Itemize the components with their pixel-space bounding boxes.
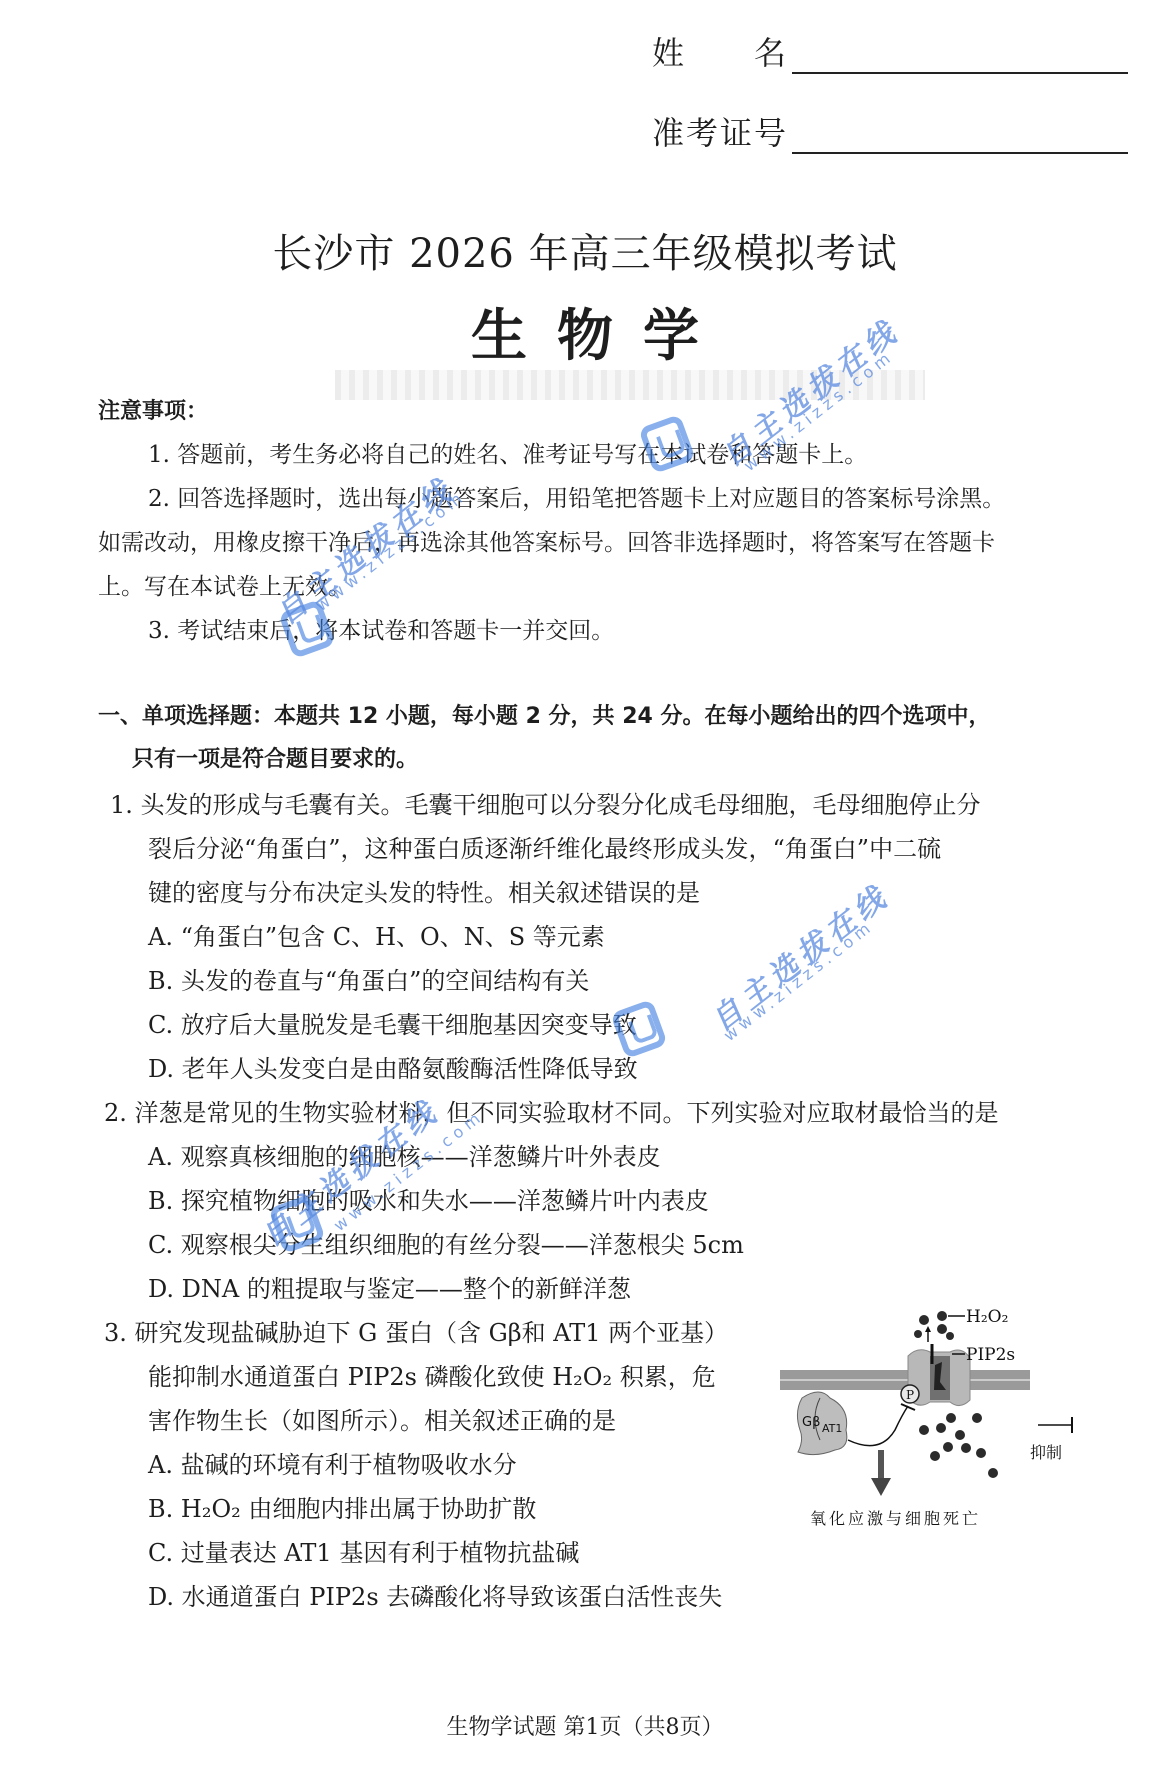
- q1-option-c: C. 放疗后大量脱发是毛囊干细胞基因突变导致: [148, 1010, 637, 1040]
- q1-stem-line3: 键的密度与分布决定头发的特性。相关叙述错误的是: [148, 878, 700, 908]
- name-label: 姓 名: [652, 28, 788, 74]
- gbeta-label: Gβ: [802, 1415, 820, 1430]
- inhibit-legend-label: 抑制: [1030, 1443, 1062, 1462]
- q3-stem-line3: 害作物生长（如图所示）。相关叙述正确的是: [148, 1406, 616, 1436]
- section1-heading: 一、单项选择题：本题共 12 小题，每小题 2 分，共 24 分。在每小题给出的…: [98, 702, 991, 732]
- q1-stem-line2: 裂后分泌“角蛋白”，这种蛋白质逐渐纤维化最终形成头发，“角蛋白”中二硫: [148, 834, 941, 864]
- q2-option-b: B. 探究植物细胞的吸水和失水——洋葱鳞片叶内表皮: [148, 1186, 709, 1216]
- notice-item-3: 3. 考试结束后，将本试卷和答题卡一并交回。: [148, 616, 614, 646]
- q1-option-b: B. 头发的卷直与“角蛋白”的空间结构有关: [148, 966, 589, 996]
- exam-title: 长沙市 2026 年高三年级模拟考试: [0, 222, 1170, 279]
- svg-text:P: P: [906, 1388, 914, 1402]
- notice-item-2: 2. 回答选择题时，选出每小题答案后，用铅笔把答题卡上对应题目的答案标号涂黑。: [148, 484, 1005, 514]
- q1-option-d: D. 老年人头发变白是由酪氨酸酶活性降低导致: [148, 1054, 638, 1084]
- q3-option-c: C. 过量表达 AT1 基因有利于植物抗盐碱: [148, 1538, 579, 1568]
- q3-stem-line1: 3. 研究发现盐碱胁迫下 G 蛋白（含 Gβ和 AT1 两个亚基）: [104, 1318, 728, 1348]
- watermark-text: 自主选拔在线: [700, 872, 897, 1040]
- exam-id-label: 准考证号: [652, 108, 788, 154]
- watermark-logo-icon: [610, 999, 668, 1059]
- at1-label: AT1: [822, 1422, 842, 1435]
- page-footer: 生物学试题 第1页（共8页）: [0, 1710, 1170, 1741]
- outcome-label: 氧化应激与细胞死亡: [810, 1509, 981, 1528]
- q2-option-d: D. DNA 的粗提取与鉴定——整个的新鲜洋葱: [148, 1274, 631, 1304]
- exam-id-field: 准考证号: [652, 108, 1128, 154]
- section1-heading-cont: 只有一项是符合题目要求的。: [132, 745, 418, 775]
- q2-stem: 2. 洋葱是常见的生物实验材料，但不同实验取材不同。下列实验对应取材最恰当的是: [104, 1098, 999, 1128]
- notice-heading: 注意事项：: [98, 397, 208, 427]
- q1-option-a: A. “角蛋白”包含 C、H、O、N、S 等元素: [148, 922, 605, 952]
- membrane-diagram-graphic: P H₂O₂ PIP2s Gβ AT1 抑制: [780, 1290, 1160, 1550]
- pip2s-label: PIP2s: [966, 1345, 1015, 1365]
- q3-diagram: P H₂O₂ PIP2s Gβ AT1 抑制: [780, 1290, 1160, 1550]
- subject-title: 生物学: [0, 292, 1170, 372]
- q3-stem-line2: 能抑制水通道蛋白 PIP2s 磷酸化致使 H₂O₂ 积累，危: [148, 1362, 716, 1392]
- q3-option-a: A. 盐碱的环境有利于植物吸收水分: [148, 1450, 517, 1480]
- q3-option-b: B. H₂O₂ 由细胞内排出属于协助扩散: [148, 1494, 536, 1524]
- name-blank-line: [792, 38, 1128, 74]
- q3-option-d: D. 水通道蛋白 PIP2s 去磷酸化将导致该蛋白活性丧失: [148, 1582, 722, 1612]
- h2o2-label: H₂O₂: [966, 1307, 1008, 1327]
- q1-stem-line1: 1. 头发的形成与毛囊有关。毛囊干细胞可以分裂分化成毛母细胞，毛母细胞停止分: [110, 790, 981, 820]
- exam-id-blank-line: [792, 118, 1128, 154]
- q2-option-c: C. 观察根尖分生组织细胞的有丝分裂——洋葱根尖 5cm: [148, 1230, 744, 1260]
- notice-item-2-cont: 如需改动，用橡皮擦干净后，再选涂其他答案标号。回答非选择题时，将答案写在答题卡: [98, 528, 995, 558]
- name-field: 姓 名: [652, 28, 1128, 74]
